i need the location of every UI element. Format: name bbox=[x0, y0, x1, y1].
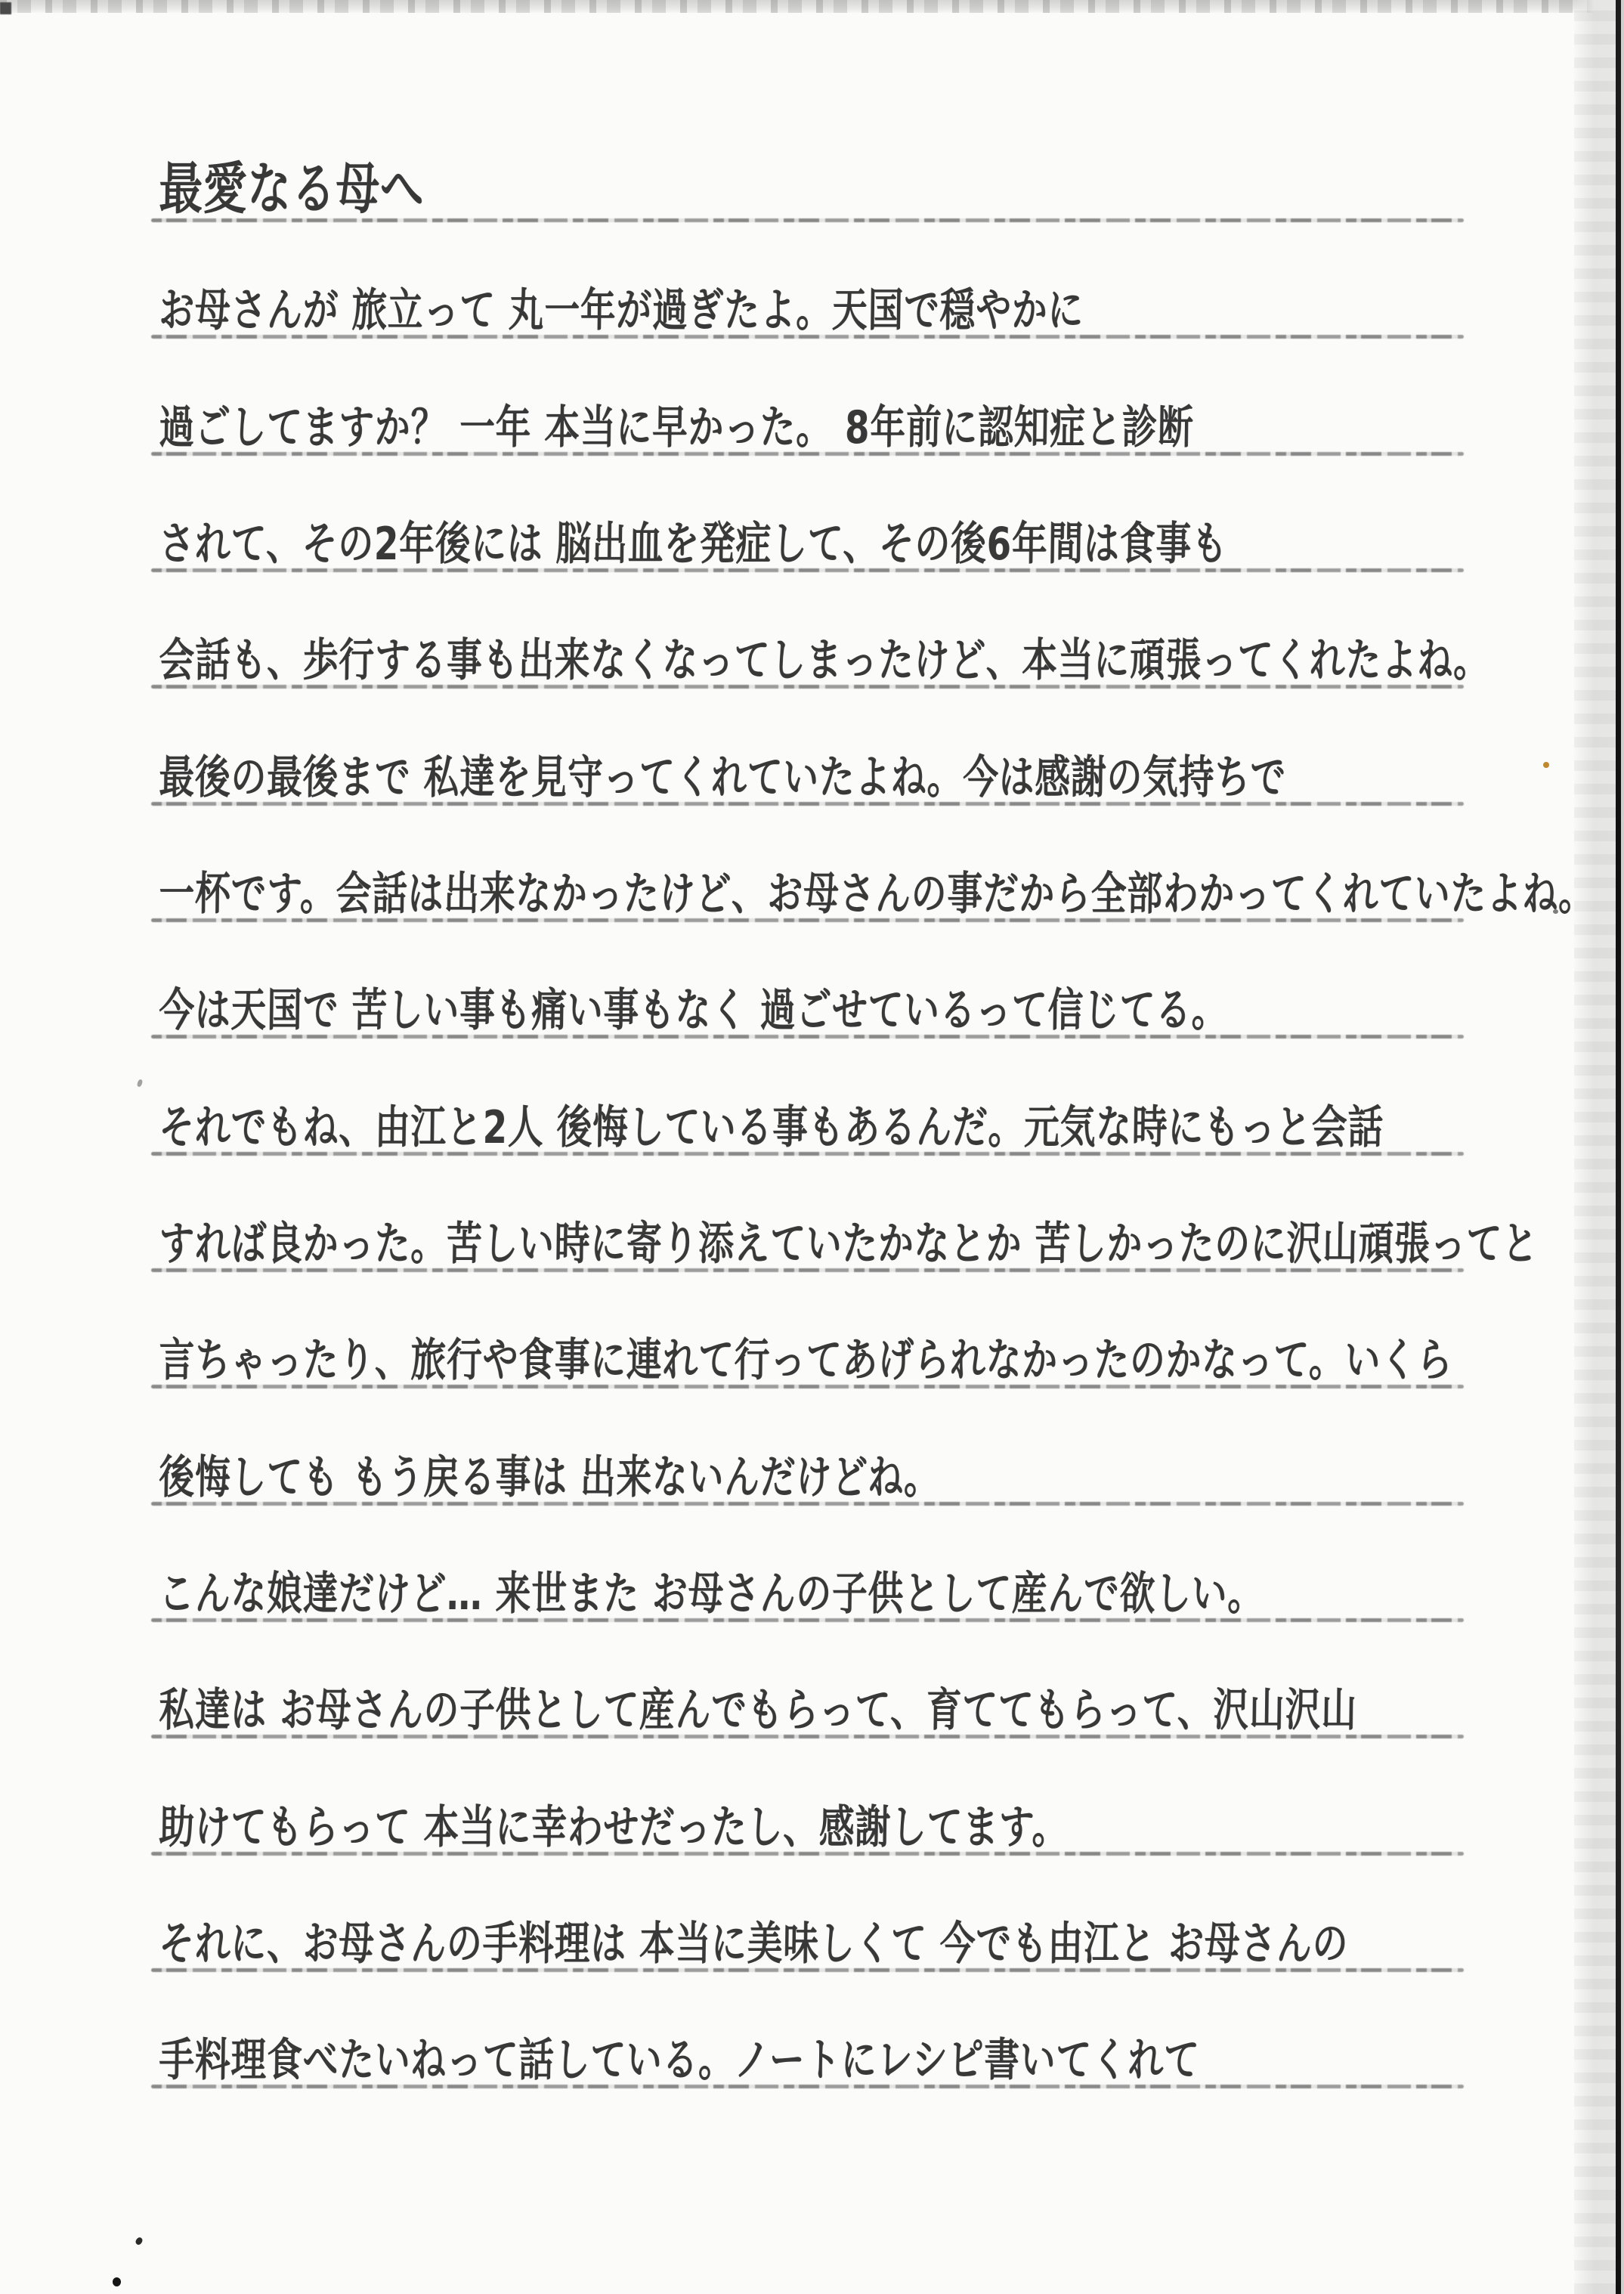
letter-line-14: 助けてもらって 本当に幸わせだったし、感謝してます。 bbox=[159, 1769, 1324, 1850]
letter-line-12: こんな娘達だけど… 来世また お母さんの子供として産んで欲しい。 bbox=[159, 1535, 1575, 1617]
letter-line-text: 最後の最後まで 私達を見守ってくれていたよね。今は感謝の気持ちで bbox=[159, 755, 1286, 800]
ruled-line bbox=[151, 1268, 1464, 1272]
letter-line-text: 後悔しても もう戻る事は 出来ないんだけどね。 bbox=[159, 1455, 940, 1500]
letter-line-text: 会話も、歩行する事も出来なくなってしまったけど、本当に頑張ってくれたよね。 bbox=[159, 638, 1489, 683]
letter-line-text: 私達は お母さんの子供として産んでもらって、育ててもらって、沢山沢山 bbox=[159, 1688, 1357, 1733]
letter-line-7: 今は天国で 苦しい事も痛い事もなく 過ごせているって信じてる。 bbox=[159, 952, 1529, 1033]
ruled-line bbox=[151, 1968, 1464, 1972]
ruled-line bbox=[151, 1385, 1464, 1388]
letter-line-4: 会話も、歩行する事も出来なくなってしまったけど、本当に頑張ってくれたよね。 bbox=[159, 602, 1624, 683]
letter-line-text: 今は天国で 苦しい事も痛い事もなく 過ごせているって信じてる。 bbox=[159, 988, 1228, 1033]
dust-speck bbox=[135, 2237, 144, 2246]
letter-line-text: 過ごしてますか？ 一年 本当に早かった。 8年前に認知症と診断 bbox=[159, 405, 1194, 450]
scan-artifact-top-band bbox=[0, 0, 1624, 13]
ruled-line bbox=[151, 568, 1464, 572]
letter-line-8: それでもね、由江と2人 後悔している事もあるんだ。元気な時にもっと会話 bbox=[159, 1069, 1624, 1150]
letter-line-3: されて、その2年後には 脳出血を発症して、その後6年間は食事も bbox=[159, 485, 1529, 567]
ruled-line bbox=[151, 1735, 1464, 1738]
letter-line-text: こんな娘達だけど… 来世また お母さんの子供として産んで欲しい。 bbox=[159, 1571, 1264, 1617]
ruled-line bbox=[151, 802, 1464, 806]
letter-line-15: それに、お母さんの手料理は 本当に美味しくて 今でも由江と お母さんの bbox=[159, 1885, 1624, 1967]
ruled-line bbox=[151, 218, 1464, 222]
ruled-line bbox=[151, 335, 1464, 339]
ruled-line bbox=[151, 1618, 1464, 1622]
letter-title: 最愛なる母へ bbox=[159, 161, 425, 217]
letter-line-text: お母さんが 旅立って 丸一年が過ぎたよ。天国で穏やかに bbox=[159, 288, 1084, 333]
ruled-line bbox=[151, 2085, 1464, 2088]
letter-line-16: 手料理食べたいねって話している。ノートにレシピ書いてくれて bbox=[159, 2001, 1493, 2083]
letter-line-text: それに、お母さんの手料理は 本当に美味しくて 今でも由江と お母さんの bbox=[159, 1921, 1349, 1967]
scan-artifact-corner-mark bbox=[0, 2, 11, 14]
letter-line-10: 言ちゃったり、旅行や食事に連れて行ってあげられなかったのかなって。いくら bbox=[159, 1302, 1624, 1383]
ruled-line bbox=[151, 452, 1464, 456]
letter-line-13: 私達は お母さんの子供として産んでもらって、育ててもらって、沢山沢山 bbox=[159, 1652, 1624, 1733]
letter-line-text: されて、その2年後には 脳出血を発症して、その後6年間は食事も bbox=[159, 522, 1228, 567]
letter-line-6: 一杯です。会話は出来なかったけど、お母さんの事だから全部わかってくれていたよね。 bbox=[159, 835, 1624, 917]
scan-artifact-right-band bbox=[1574, 0, 1624, 2294]
ruled-line bbox=[151, 1152, 1464, 1156]
ruled-line bbox=[151, 685, 1464, 689]
letter-line-text: 一杯です。会話は出来なかったけど、お母さんの事だから全部わかってくれていたよね。 bbox=[159, 871, 1595, 917]
letter-title-line: 最愛なる母へ bbox=[159, 121, 499, 217]
letter-line-9: すれば良かった。苦しい時に寄り添えていたかなとか 苦しかったのに沢山頑張ってと bbox=[159, 1185, 1624, 1267]
dust-speck bbox=[113, 2277, 121, 2286]
ruled-line bbox=[151, 1035, 1464, 1039]
letter-line-text: 手料理食べたいねって話している。ノートにレシピ書いてくれて bbox=[159, 2038, 1200, 2083]
scan-artifact-black-line bbox=[1616, 0, 1621, 2294]
letter-page: 最愛なる母へ お母さんが 旅立って 丸一年が過ぎたよ。天国で穏やかに 過ごしてま… bbox=[0, 0, 1624, 2294]
scan-artifact-edge-sliver bbox=[1621, 0, 1624, 2294]
letter-line-11: 後悔しても もう戻る事は 出来ないんだけどね。 bbox=[159, 1419, 1160, 1500]
letter-line-1: お母さんが 旅立って 丸一年が過ぎたよ。天国で穏やかに bbox=[159, 252, 1344, 333]
letter-line-text: 言ちゃったり、旅行や食事に連れて行ってあげられなかったのかなって。いくら bbox=[159, 1338, 1453, 1383]
dust-speck bbox=[136, 1079, 143, 1087]
letter-line-5: 最後の最後まで 私達を見守ってくれていたよね。今は感謝の気持ちで bbox=[159, 719, 1604, 800]
dust-speck bbox=[1553, 909, 1558, 914]
letter-line-text: 助けてもらって 本当に幸わせだったし、感謝してます。 bbox=[159, 1805, 1069, 1850]
ruled-line bbox=[151, 1852, 1464, 1856]
ruled-line bbox=[151, 918, 1464, 922]
letter-line-2: 過ごしてますか？ 一年 本当に早かった。 8年前に認知症と診断 bbox=[159, 369, 1485, 450]
letter-line-text: それでもね、由江と2人 後悔している事もあるんだ。元気な時にもっと会話 bbox=[159, 1105, 1384, 1150]
orange-fleck bbox=[1543, 762, 1549, 768]
letter-line-text: すれば良かった。苦しい時に寄り添えていたかなとか 苦しかったのに沢山頑張ってと bbox=[159, 1221, 1539, 1267]
ruled-line bbox=[151, 1502, 1464, 1506]
